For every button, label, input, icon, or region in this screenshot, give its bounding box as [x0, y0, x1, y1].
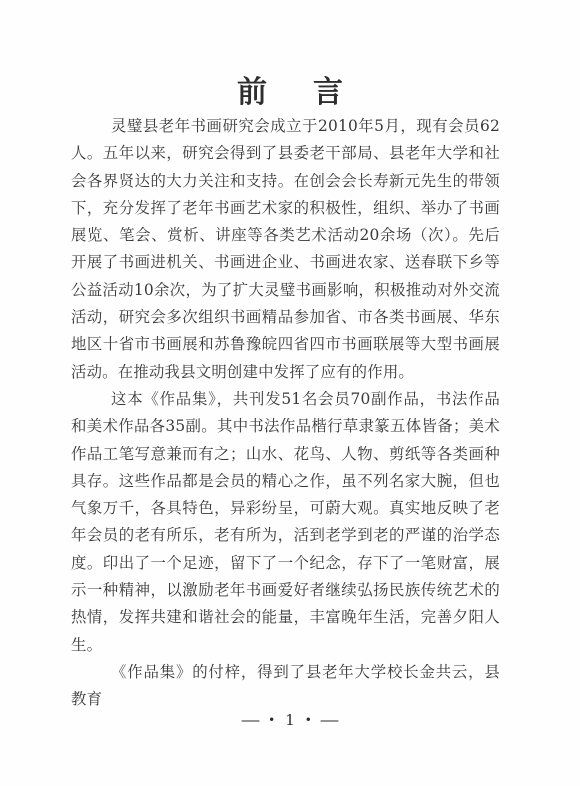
page-number-footer: — • 1 • —: [0, 710, 580, 730]
preface-paragraph-3: 《作品集》的付梓，得到了县老年大学校长金共云，县教育: [71, 659, 500, 714]
page-title-char-2: 言: [313, 76, 343, 110]
footer-dash-right: —: [320, 710, 340, 730]
preface-paragraph-1: 灵璧县老年书画研究会成立于2010年5月，现有会员62人。五年以来，研究会得到了…: [71, 113, 500, 386]
footer-dash-left: —: [241, 710, 261, 730]
footer-dot-left: •: [268, 710, 275, 730]
page-title: 前 言: [0, 76, 580, 110]
page-title-char-1: 前: [237, 76, 267, 110]
page-number: 1: [285, 710, 295, 730]
footer-dot-right: •: [305, 710, 312, 730]
preface-body: 灵璧县老年书画研究会成立于2010年5月，现有会员62人。五年以来，研究会得到了…: [71, 113, 500, 714]
preface-paragraph-2: 这本《作品集》，共刊发51名会员70副作品，书法作品和美术作品各35副。其中书法…: [71, 386, 500, 659]
document-page: 前 言 灵璧县老年书画研究会成立于2010年5月，现有会员62人。五年以来，研究…: [0, 0, 580, 786]
